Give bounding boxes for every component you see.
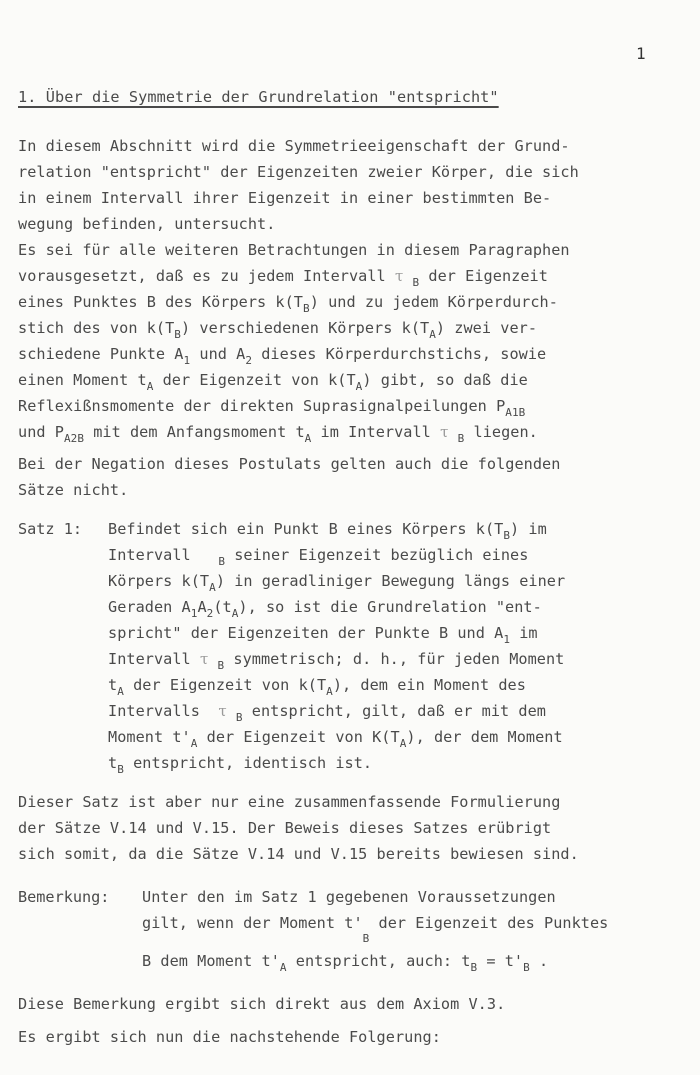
text-line: Intervall B seiner Eigenzeit bezüglich e… — [108, 546, 528, 564]
text-line: Körpers k(TA) in geradliniger Bewegung l… — [108, 572, 565, 590]
text: Befindet sich ein Punkt B eines Körpers … — [108, 520, 503, 538]
subscript: A — [280, 961, 287, 974]
text: vorausgesetzt, daß es zu jedem Intervall — [18, 267, 395, 285]
text: der Eigenzeit von K(T — [197, 728, 399, 746]
text: einen Moment t — [18, 371, 147, 389]
subscript: A1B — [505, 406, 525, 419]
text: entspricht, auch: t — [287, 952, 471, 970]
text: Geraden A — [108, 598, 191, 616]
text: A — [197, 598, 206, 616]
tau-symbol: τ — [440, 423, 448, 441]
text: ), so ist die Grundrelation "ent- — [238, 598, 541, 616]
text-line: wegung befinden, untersucht. — [18, 215, 275, 233]
text-line: Dieser Satz ist aber nur eine zusammenfa… — [18, 793, 560, 811]
remark-label: Bemerkung: — [18, 888, 109, 906]
text: eines Punktes B des Körpers k(T — [18, 293, 303, 311]
subscript: B — [218, 555, 225, 568]
tau-symbol: τ — [218, 702, 226, 720]
text: ) in geradliniger Bewegung längs einer — [216, 572, 565, 590]
text: ) und zu jedem Körperdurch- — [310, 293, 558, 311]
text-line: Intervall τ B symmetrisch; d. h., für je… — [108, 650, 564, 668]
text-line: stich des von k(TB) verschiedenen Körper… — [18, 319, 537, 337]
subscript: B — [363, 932, 370, 945]
text: Körpers k(T — [108, 572, 209, 590]
text-line: In diesem Abschnitt wird die Symmetrieei… — [18, 137, 570, 155]
text: spricht" der Eigenzeiten der Punkte B un… — [108, 624, 503, 642]
text: ) gibt, so daß die — [362, 371, 528, 389]
text: der Eigenzeit — [419, 267, 548, 285]
text: entspricht, identisch ist. — [124, 754, 372, 772]
text: im Intervall — [311, 423, 440, 441]
text: entspricht, gilt, daß er mit dem — [243, 702, 546, 720]
text-line: Unter den im Satz 1 gegebenen Voraussetz… — [142, 888, 556, 906]
section-title: 1. Über die Symmetrie der Grundrelation … — [18, 88, 499, 106]
text: (t — [213, 598, 231, 616]
text: und P — [18, 423, 64, 441]
text: liegen. — [464, 423, 538, 441]
text: schiedene Punkte A — [18, 345, 184, 363]
page-number: 1 — [636, 44, 646, 63]
text-line: sich somit, da die Sätze V.14 und V.15 b… — [18, 845, 579, 863]
text-line: Diese Bemerkung ergibt sich direkt aus d… — [18, 995, 505, 1013]
text-line: Geraden A1A2(tA), so ist die Grundrelati… — [108, 598, 542, 616]
text-line: spricht" der Eigenzeiten der Punkte B un… — [108, 624, 538, 642]
text: ) zwei ver- — [436, 319, 537, 337]
text: t — [108, 754, 117, 772]
subscript: B — [236, 711, 243, 724]
subscript: 1 — [503, 633, 510, 646]
text-line: gilt, wenn der Moment t'B der Eigenzeit … — [142, 914, 608, 939]
text: Intervalls — [108, 702, 209, 720]
text-line: und PA2B mit dem Anfangsmoment tA im Int… — [18, 423, 538, 441]
text: Moment t' — [108, 728, 191, 746]
subscript: A — [429, 328, 436, 341]
text: B dem Moment t' — [142, 952, 280, 970]
text: gilt, wenn der Moment t' — [142, 914, 363, 932]
text-line: Es sei für alle weiteren Betrachtungen i… — [18, 241, 570, 259]
text-line: tA der Eigenzeit von k(TA), dem ein Mome… — [108, 676, 526, 694]
text-line: vorausgesetzt, daß es zu jedem Intervall… — [18, 267, 548, 285]
tau-symbol: τ — [200, 650, 208, 668]
text-line: einen Moment tA der Eigenzeit von k(TA) … — [18, 371, 528, 389]
text-line: der Sätze V.14 und V.15. Der Beweis dies… — [18, 819, 551, 837]
text-line: Sätze nicht. — [18, 481, 128, 499]
text: = t' — [477, 952, 523, 970]
text-line: B dem Moment t'A entspricht, auch: tB = … — [142, 952, 548, 970]
text-line: schiedene Punkte A1 und A2 dieses Körper… — [18, 345, 546, 363]
subscript: A2B — [64, 432, 84, 445]
text-line: relation "entspricht" der Eigenzeiten zw… — [18, 163, 579, 181]
text: symmetrisch; d. h., für jeden Moment — [224, 650, 564, 668]
text: Intervall — [108, 546, 200, 564]
subscript: B — [523, 961, 530, 974]
text: und A — [190, 345, 245, 363]
subscript: A — [326, 685, 333, 698]
text-line: Moment t'A der Eigenzeit von K(TA), der … — [108, 728, 563, 746]
text: ), der dem Moment — [406, 728, 562, 746]
text: mit dem Anfangsmoment t — [84, 423, 305, 441]
text: seiner Eigenzeit bezüglich eines — [225, 546, 528, 564]
subscript: A — [117, 685, 124, 698]
text-line: Intervalls τ B entspricht, gilt, daß er … — [108, 702, 546, 720]
subscript: B — [174, 328, 181, 341]
text-line: tB entspricht, identisch ist. — [108, 754, 372, 772]
text: der Eigenzeit von k(T — [124, 676, 326, 694]
text: ), dem ein Moment des — [333, 676, 526, 694]
text: ) verschiedenen Körpers k(T — [181, 319, 429, 337]
text-line: Reflexißnsmomente der direkten Suprasign… — [18, 397, 525, 415]
subscript: B — [117, 763, 124, 776]
text: ) im — [510, 520, 547, 538]
text: . — [530, 952, 548, 970]
text: stich des von k(T — [18, 319, 174, 337]
text: Intervall — [108, 650, 200, 668]
text: Reflexißnsmomente der direkten Suprasign… — [18, 397, 505, 415]
theorem-label: Satz 1: — [18, 520, 82, 538]
text-line: in einem Intervall ihrer Eigenzeit in ei… — [18, 189, 551, 207]
tau-symbol: τ — [395, 267, 403, 285]
subscript: B — [303, 302, 310, 315]
text: t — [108, 676, 117, 694]
subscript: A — [209, 581, 216, 594]
text: der Eigenzeit von k(T — [153, 371, 355, 389]
text-line: eines Punktes B des Körpers k(TB) und zu… — [18, 293, 558, 311]
text-line: Befindet sich ein Punkt B eines Körpers … — [108, 520, 547, 538]
text: dieses Körperdurchstichs, sowie — [252, 345, 546, 363]
text-line: Es ergibt sich nun die nachstehende Folg… — [18, 1028, 441, 1046]
text: der Eigenzeit des Punktes — [369, 914, 608, 932]
subscript: B — [503, 529, 510, 542]
text-line: Bei der Negation dieses Postulats gelten… — [18, 455, 560, 473]
text: im — [510, 624, 538, 642]
